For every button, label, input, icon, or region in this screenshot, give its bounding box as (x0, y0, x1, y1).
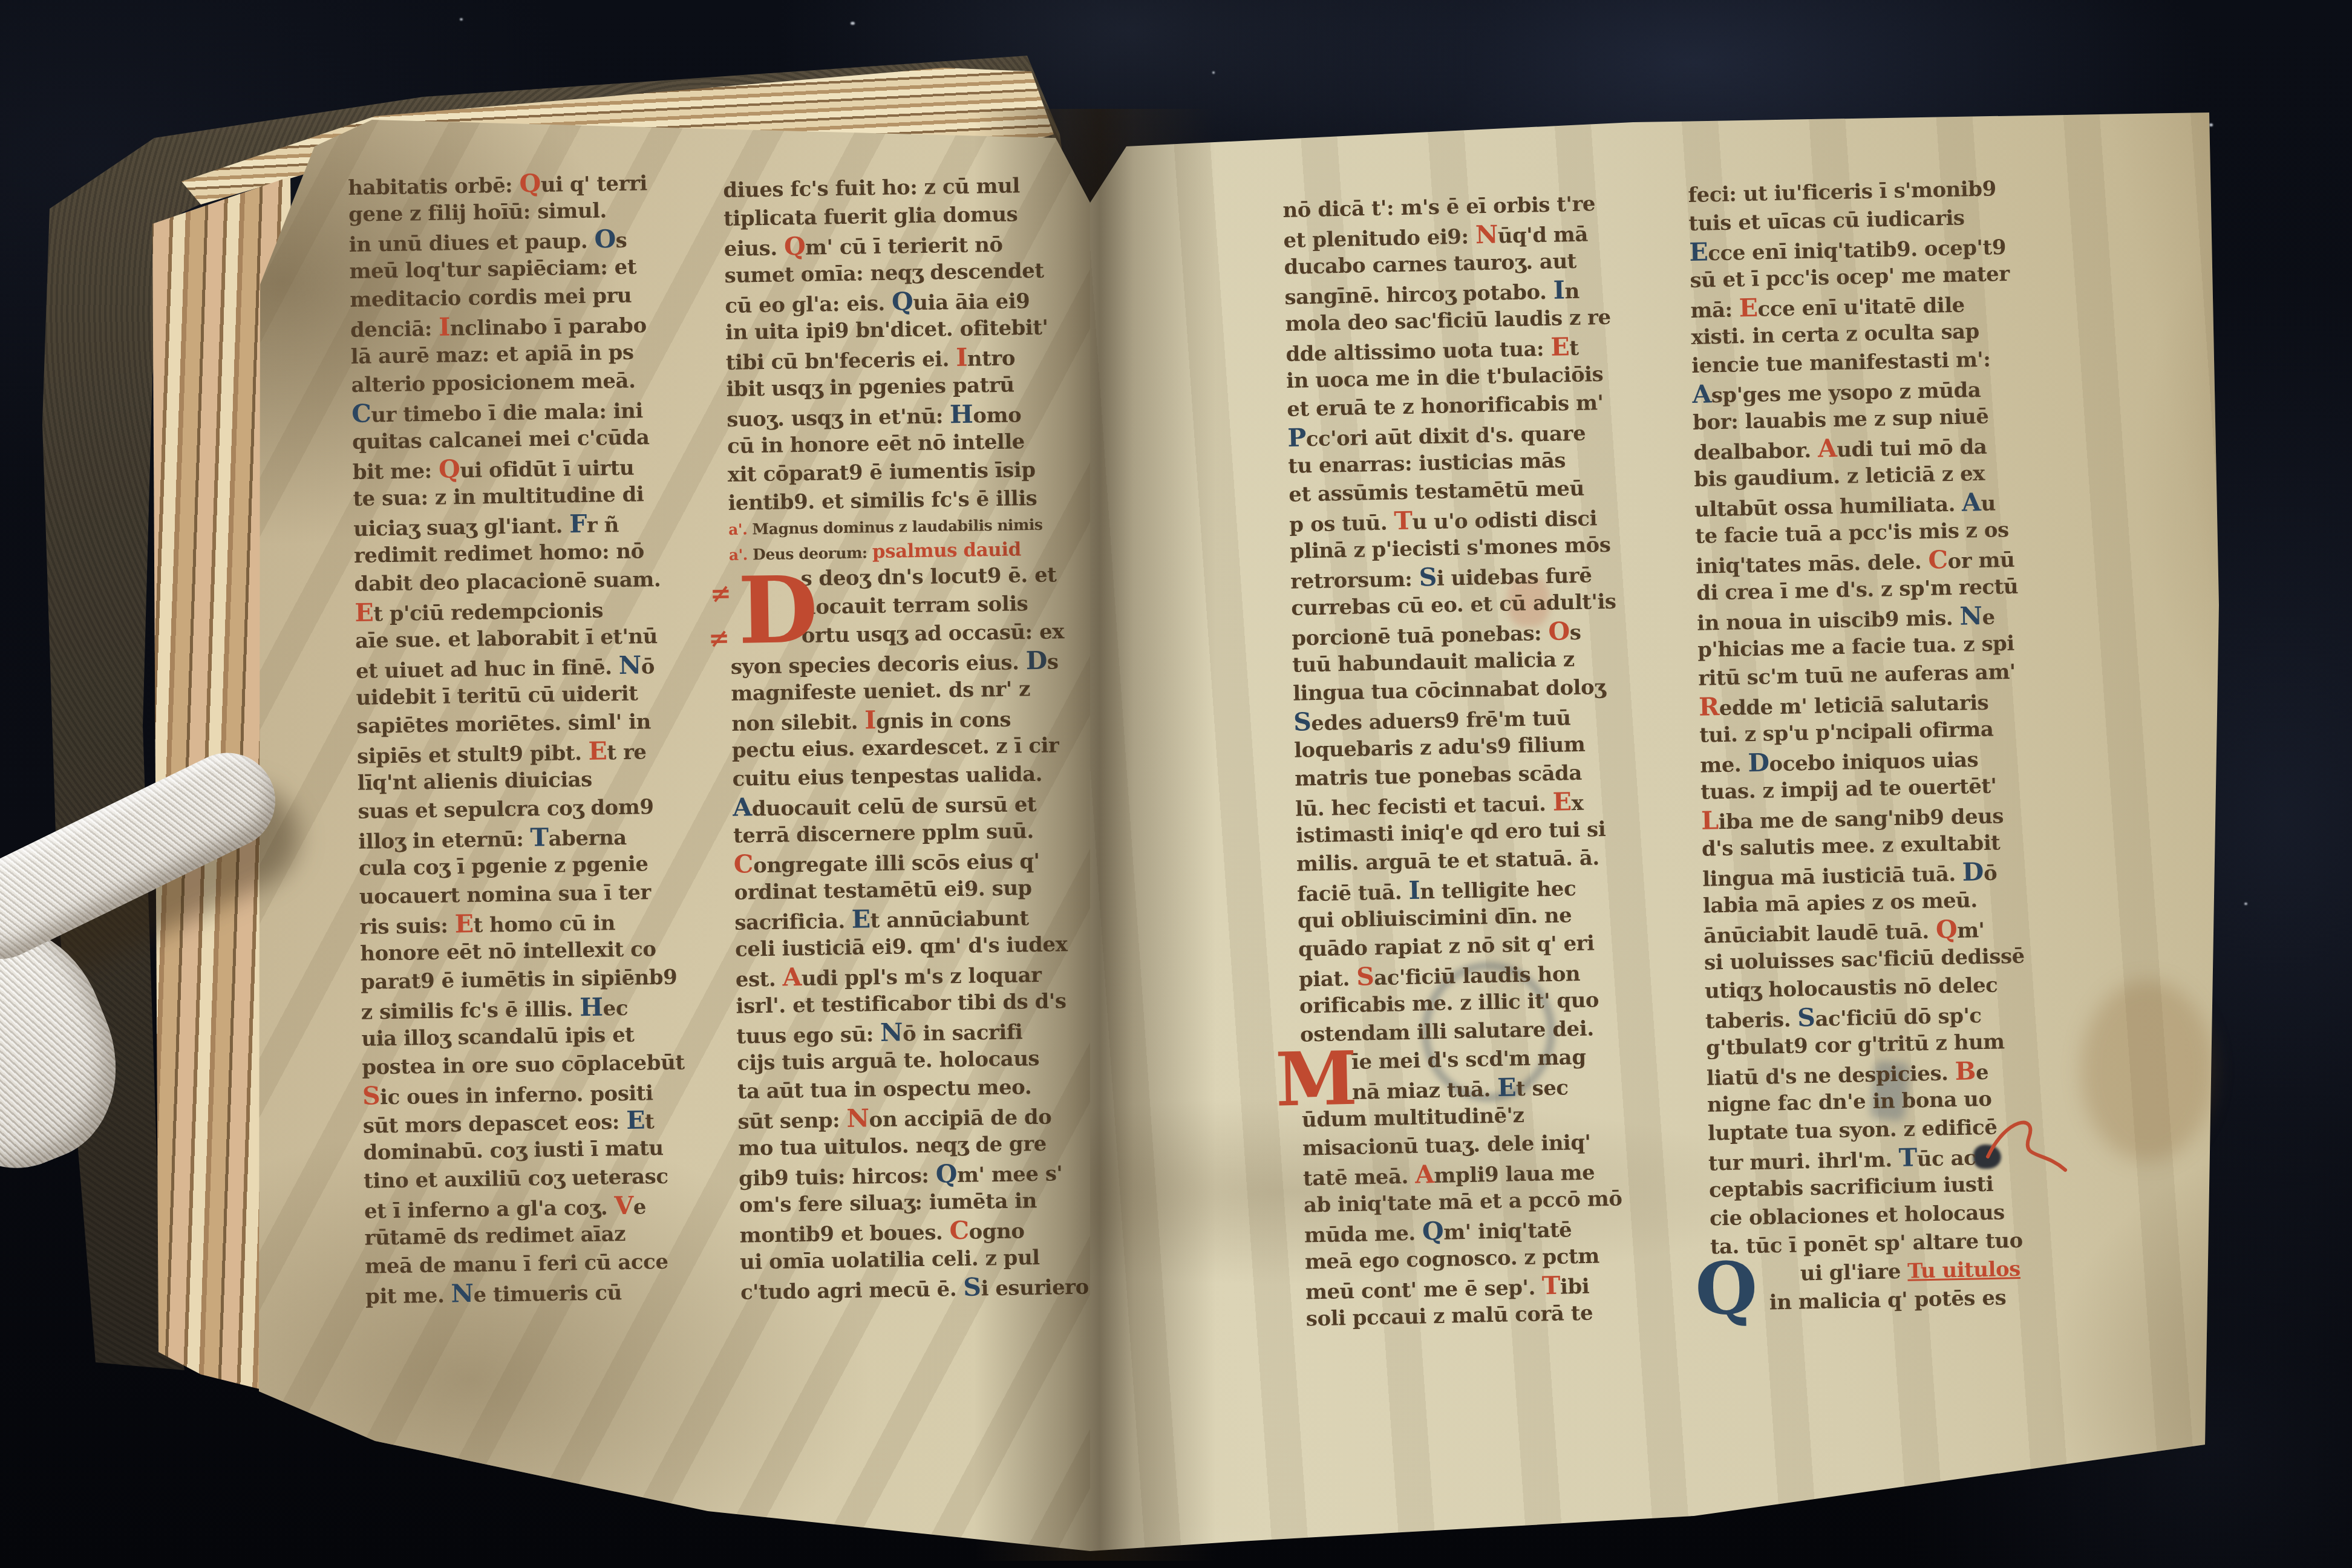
dust-speck (2244, 903, 2247, 905)
dust-speck (851, 22, 855, 25)
manuscript-line: postea in ore suo cōplacebūt (362, 1048, 737, 1082)
illuminated-initial-≠: ≠ (708, 626, 730, 652)
dust-speck (1212, 71, 1215, 74)
manuscript-photo: { "scene": { "description_labels": { "ob… (0, 0, 2352, 1568)
illuminated-initial-D: D (737, 564, 818, 657)
red-pen-flourish (1985, 1114, 2070, 1181)
manuscript-line: pit me. Ne timueris cū (365, 1275, 741, 1310)
illuminated-initial-M: M (1275, 1041, 1357, 1117)
text-column-1: habitatis orbē: Qui q' terrigene z filij… (348, 166, 740, 1310)
illuminated-initial-≠: ≠ (710, 581, 731, 607)
illuminated-initial-Q: Q (1694, 1252, 1758, 1325)
gutter-shadow (974, 109, 1216, 1561)
dust-speck (2209, 123, 2213, 126)
text-column-3: nō dicā t': m's ē eī orbis t'reet plenit… (1282, 188, 1705, 1333)
dust-speck (460, 18, 463, 21)
